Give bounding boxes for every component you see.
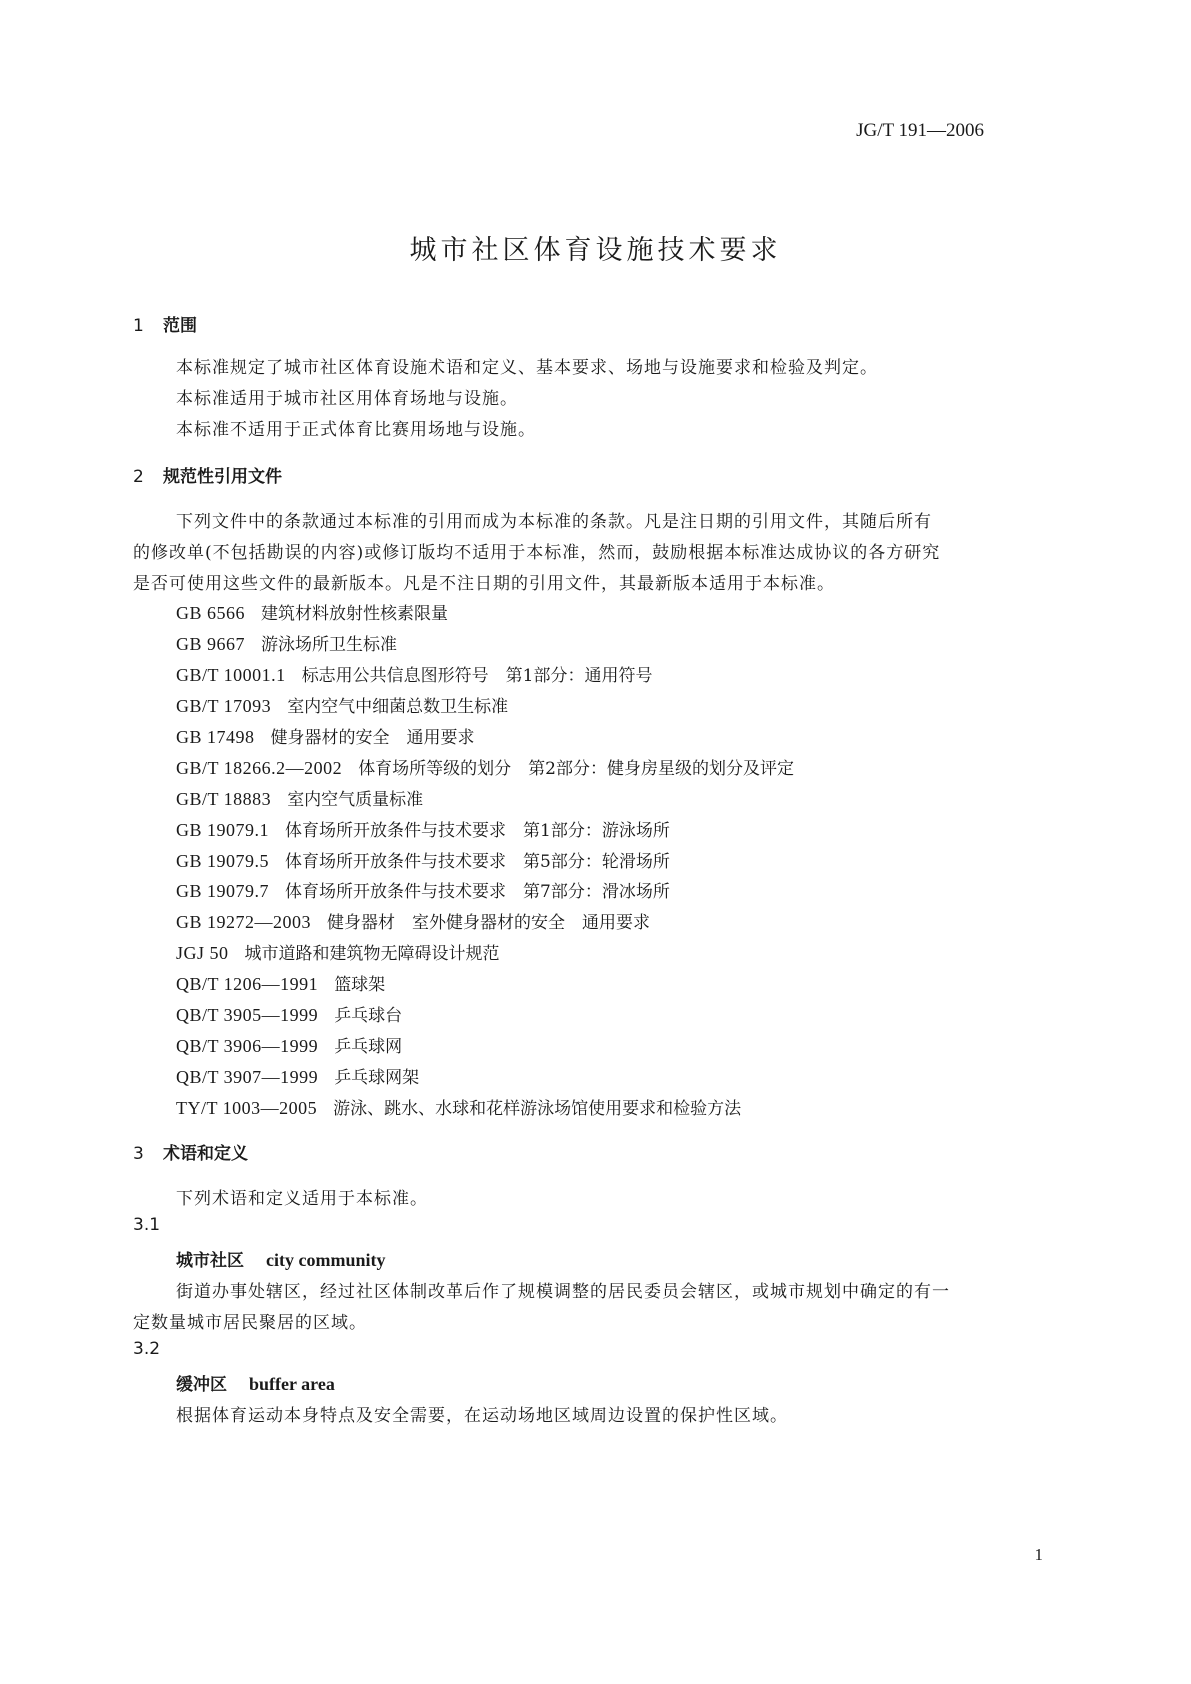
reference-title: 乒乓球网 (334, 1037, 402, 1057)
term-definition: 街道办事处辖区，经过社区体制改革后作了规模调整的居民委员会辖区，或城市规划中确定… (176, 1277, 950, 1302)
reference-code: QB/T 3906—1999 (176, 1036, 318, 1056)
reference-item: GB 6566建筑材料放射性核素限量 (176, 599, 448, 624)
reference-item: GB/T 18883室内空气质量标准 (176, 785, 423, 810)
reference-title: 体育场所开放条件与技术要求 第1部分：游泳场所 (285, 821, 670, 841)
reference-code: GB 19079.5 (176, 851, 269, 871)
reference-item: QB/T 3905—1999乒乓球台 (176, 1001, 402, 1026)
reference-item: GB 19079.1体育场所开放条件与技术要求 第1部分：游泳场所 (176, 816, 670, 841)
reference-code: GB/T 10001.1 (176, 665, 286, 685)
section-2-heading: 2规范性引用文件 (133, 462, 282, 487)
paragraph: 是否可使用这些文件的最新版本。凡是不注日期的引用文件，其最新版本适用于本标准。 (133, 569, 835, 594)
section-number: 1 (133, 316, 163, 336)
reference-title: 体育场所等级的划分 第2部分：健身房星级的划分及评定 (358, 759, 794, 779)
standard-code: JG/T 191—2006 (856, 120, 984, 142)
reference-title: 乒乓球网架 (334, 1068, 419, 1088)
document-title: 城市社区体育设施技术要求 (0, 228, 1191, 267)
term-heading: 城市社区city community (176, 1246, 385, 1271)
term-number: 3.1 (133, 1215, 160, 1235)
reference-item: JGJ 50城市道路和建筑物无障碍设计规范 (176, 939, 500, 964)
reference-code: JGJ 50 (176, 943, 229, 963)
reference-item: GB/T 18266.2—2002体育场所等级的划分 第2部分：健身房星级的划分… (176, 754, 794, 779)
section-3-heading: 3术语和定义 (133, 1139, 248, 1164)
reference-code: GB/T 18883 (176, 789, 271, 809)
term-zh: 缓冲区 (176, 1375, 227, 1395)
reference-title: 游泳场所卫生标准 (261, 635, 397, 655)
reference-item: GB 19079.7体育场所开放条件与技术要求 第7部分：滑冰场所 (176, 877, 670, 902)
term-definition: 根据体育运动本身特点及安全需要，在运动场地区域周边设置的保护性区域。 (176, 1401, 788, 1426)
reference-code: GB/T 18266.2—2002 (176, 758, 342, 778)
paragraph: 本标准规定了城市社区体育设施术语和定义、基本要求、场地与设施要求和检验及判定。 (176, 353, 878, 378)
section-1-heading: 1范围 (133, 311, 197, 336)
term-zh: 城市社区 (176, 1251, 244, 1271)
reference-title: 城市道路和建筑物无障碍设计规范 (245, 944, 500, 964)
reference-title: 室内空气质量标准 (287, 790, 423, 810)
section-title: 规范性引用文件 (163, 467, 282, 487)
reference-title: 健身器材的安全 通用要求 (271, 728, 475, 748)
reference-item: QB/T 3907—1999乒乓球网架 (176, 1063, 419, 1088)
reference-item: TY/T 1003—2005游泳、跳水、水球和花样游泳场馆使用要求和检验方法 (176, 1094, 741, 1119)
reference-code: QB/T 3905—1999 (176, 1005, 318, 1025)
section-number: 3 (133, 1144, 163, 1164)
reference-code: GB 6566 (176, 603, 245, 623)
term-definition: 定数量城市居民聚居的区域。 (133, 1308, 367, 1333)
reference-item: QB/T 1206—1991篮球架 (176, 970, 385, 995)
reference-title: 游泳、跳水、水球和花样游泳场馆使用要求和检验方法 (333, 1099, 741, 1119)
reference-title: 体育场所开放条件与技术要求 第5部分：轮滑场所 (285, 852, 670, 872)
reference-title: 乒乓球台 (334, 1006, 402, 1026)
reference-item: QB/T 3906—1999乒乓球网 (176, 1032, 402, 1057)
reference-code: GB 19272—2003 (176, 912, 311, 932)
reference-title: 标志用公共信息图形符号 第1部分：通用符号 (302, 666, 653, 686)
reference-code: GB 17498 (176, 727, 255, 747)
section-number: 2 (133, 467, 163, 487)
reference-code: GB 9667 (176, 634, 245, 654)
reference-code: GB 19079.1 (176, 820, 269, 840)
reference-title: 健身器材 室外健身器材的安全 通用要求 (327, 913, 650, 933)
reference-item: GB 19079.5体育场所开放条件与技术要求 第5部分：轮滑场所 (176, 847, 670, 872)
reference-item: GB 19272—2003健身器材 室外健身器材的安全 通用要求 (176, 908, 650, 933)
reference-code: QB/T 1206—1991 (176, 974, 318, 994)
reference-code: TY/T 1003—2005 (176, 1098, 317, 1118)
reference-item: GB/T 10001.1标志用公共信息图形符号 第1部分：通用符号 (176, 661, 653, 686)
reference-title: 室内空气中细菌总数卫生标准 (287, 697, 508, 717)
term-heading: 缓冲区buffer area (176, 1370, 335, 1395)
term-en: city community (266, 1250, 385, 1270)
reference-item: GB 9667游泳场所卫生标准 (176, 630, 397, 655)
paragraph: 下列术语和定义适用于本标准。 (176, 1184, 428, 1209)
reference-code: QB/T 3907—1999 (176, 1067, 318, 1087)
reference-code: GB 19079.7 (176, 881, 269, 901)
reference-item: GB/T 17093室内空气中细菌总数卫生标准 (176, 692, 508, 717)
term-number: 3.2 (133, 1339, 160, 1359)
reference-title: 建筑材料放射性核素限量 (261, 604, 448, 624)
paragraph: 的修改单(不包括勘误的内容)或修订版均不适用于本标准，然而，鼓励根据本标准达成协… (133, 538, 940, 563)
term-en: buffer area (249, 1374, 335, 1394)
reference-item: GB 17498健身器材的安全 通用要求 (176, 723, 475, 748)
page-number: 1 (1035, 1545, 1044, 1565)
reference-code: GB/T 17093 (176, 696, 271, 716)
reference-title: 篮球架 (334, 975, 385, 995)
paragraph: 下列文件中的条款通过本标准的引用而成为本标准的条款。凡是注日期的引用文件，其随后… (176, 507, 932, 532)
section-title: 范围 (163, 316, 197, 336)
paragraph: 本标准不适用于正式体育比赛用场地与设施。 (176, 415, 536, 440)
paragraph: 本标准适用于城市社区用体育场地与设施。 (176, 384, 518, 409)
reference-title: 体育场所开放条件与技术要求 第7部分：滑冰场所 (285, 882, 670, 902)
section-title: 术语和定义 (163, 1144, 248, 1164)
